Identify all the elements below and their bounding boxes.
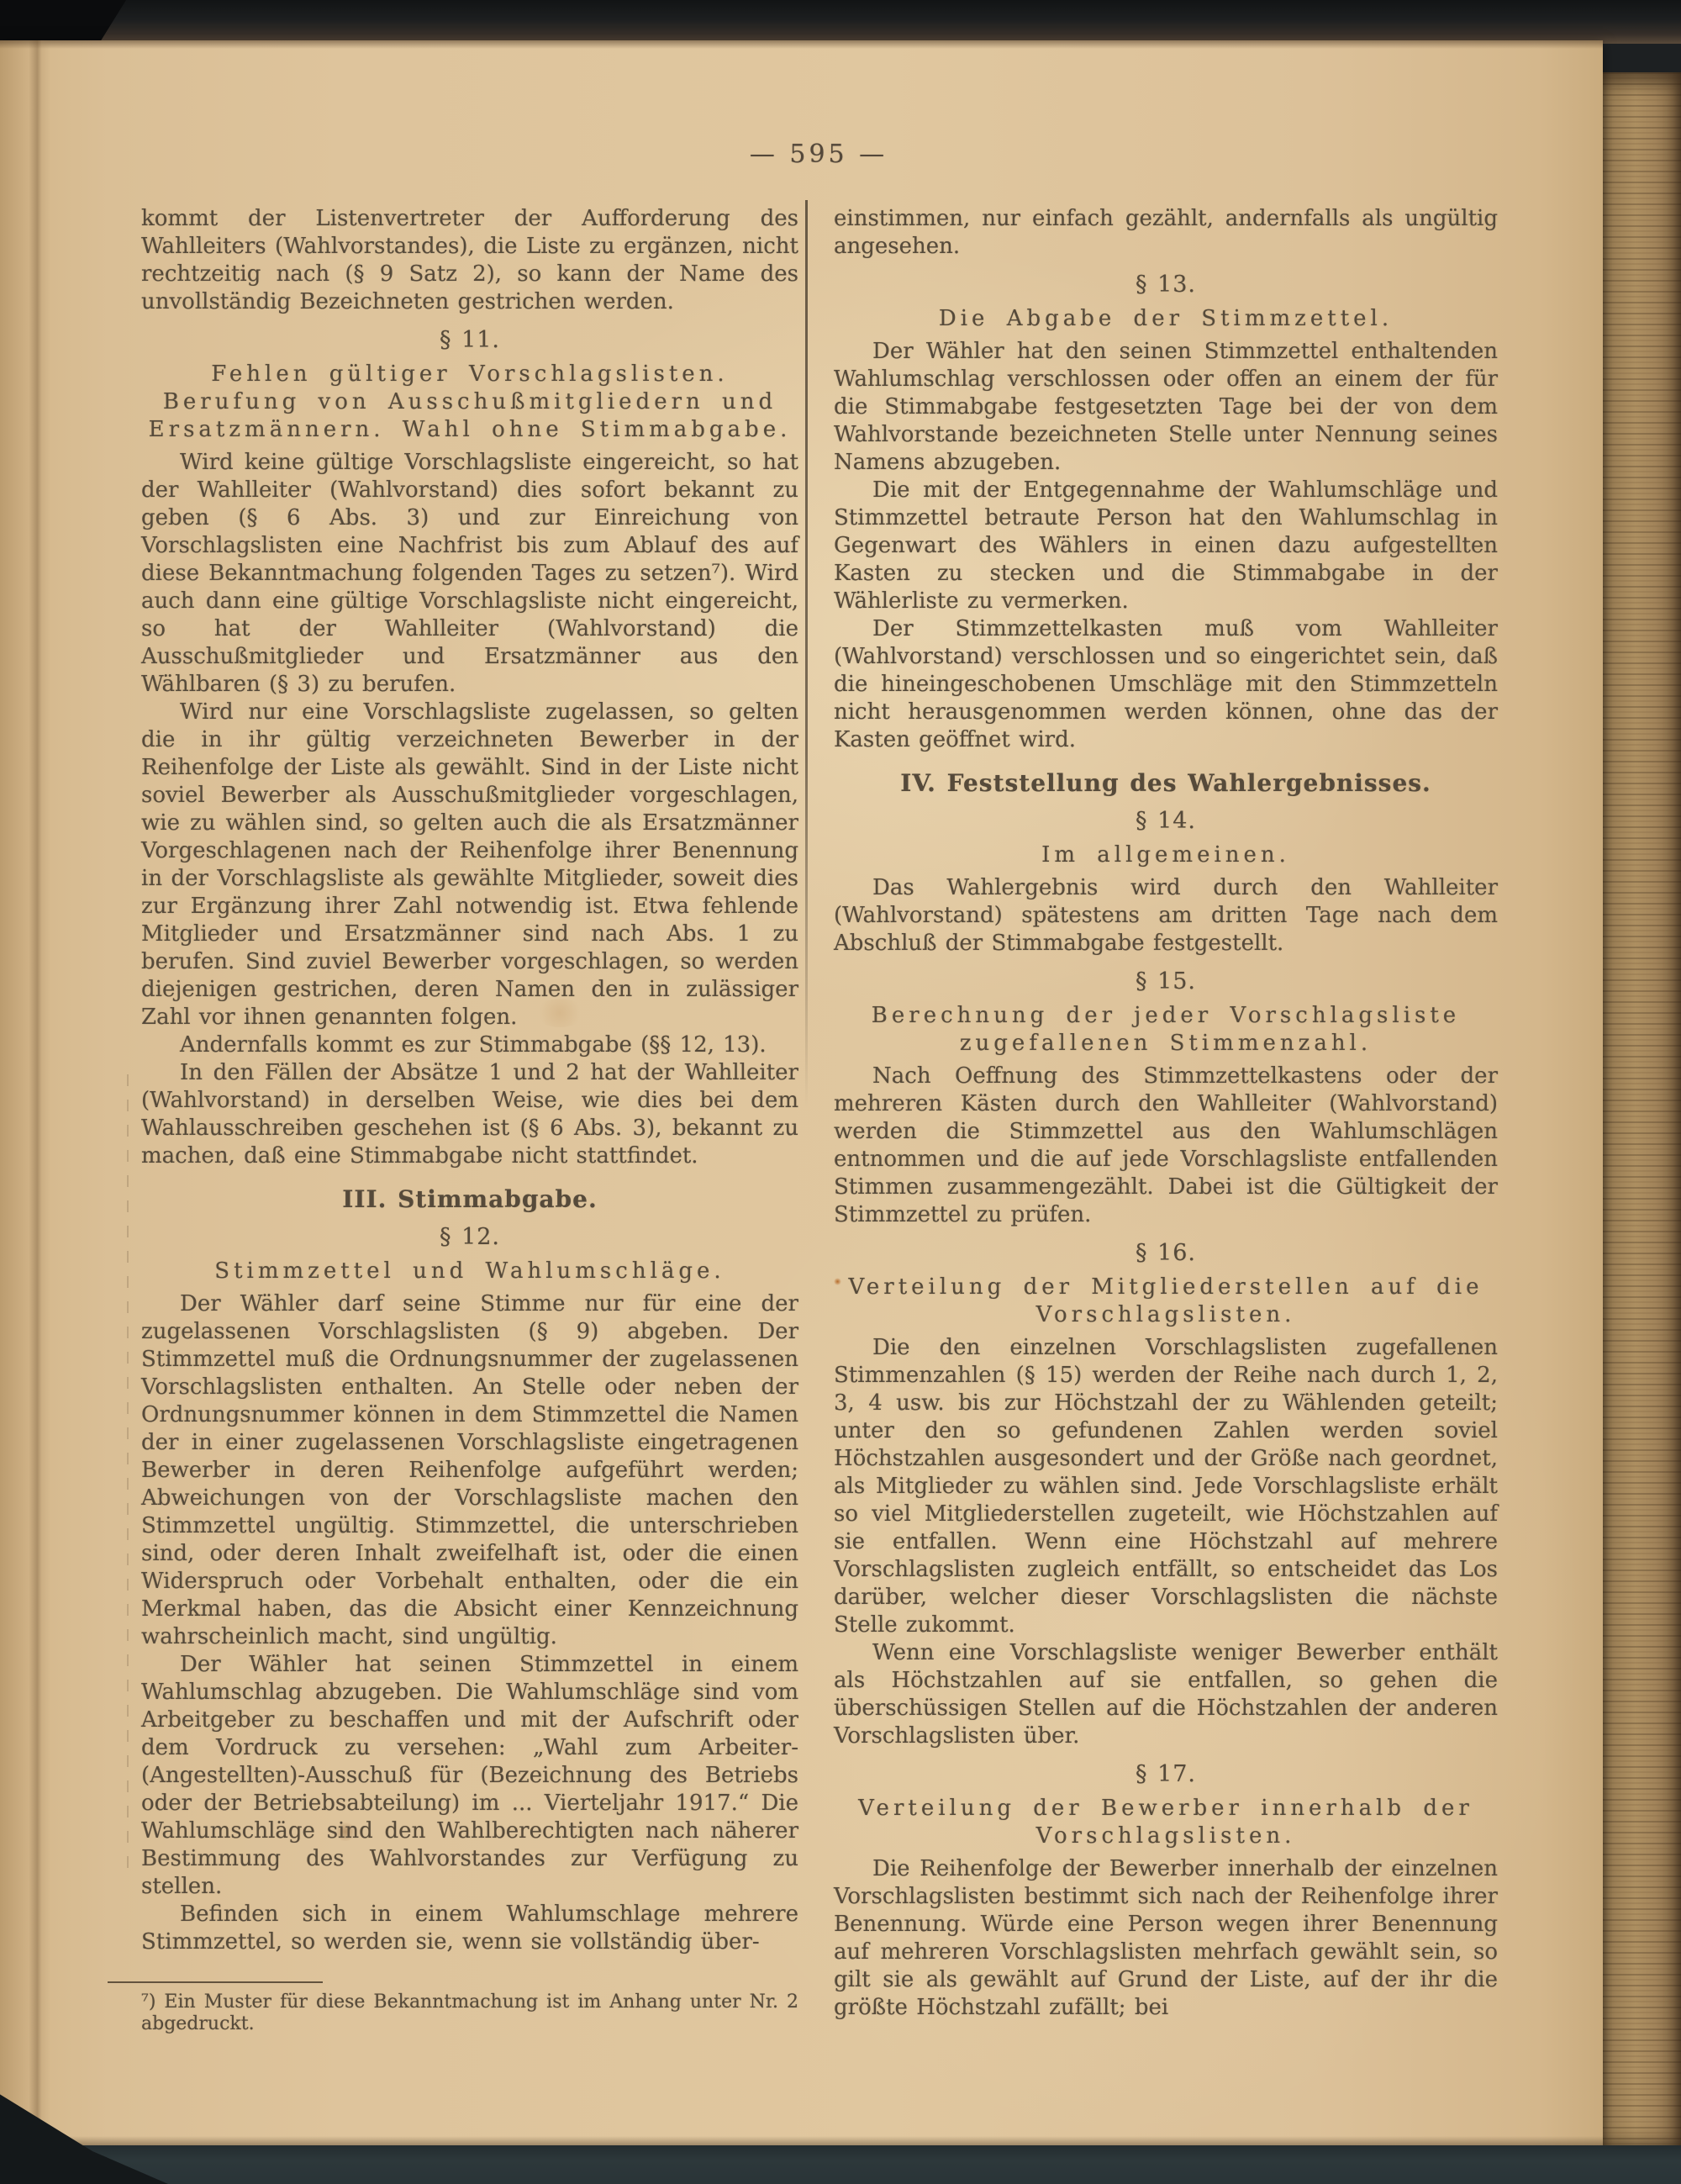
section-number: § 16. [834,1239,1498,1267]
paper-fold-line [127,1074,129,1873]
article-heading: Stimmzettel und Wahlumschläge. [141,1258,798,1285]
section-number: § 14. [834,807,1498,835]
section-number: § 17. [834,1760,1498,1788]
book-scan-scene: — 595 — kommt der Listenvertreter der Au… [0,0,1681,2184]
paragraph: Die Reihenfolge der Bewerber innerhalb d… [834,1855,1498,2022]
column-right: einstimmen, nur einfach gezählt, andernf… [834,205,1498,2022]
article-heading: Verteilung der Bewerber innerhalb der Vo… [834,1795,1498,1850]
paragraph: Der Wähler hat den seinen Stimmzettel en… [834,338,1498,477]
paragraph: Nach Oeffnung des Stimmzettelkastens ode… [834,1063,1498,1229]
section-number: § 15. [834,968,1498,995]
paragraph: Die mit der Entgegennahme der Wahlumschl… [834,477,1498,615]
article-heading: Die Abgabe der Stimmzettel. [834,305,1498,333]
paragraph: Die den einzelnen Vorschlagslisten zugef… [834,1334,1498,1639]
paragraph: Wird keine gültige Vorschlagsliste einge… [141,449,798,699]
article-heading: Im allgemeinen. [834,841,1498,869]
paragraph: Der Wähler hat seinen Stimmzettel in ein… [141,1651,798,1901]
paragraph: Der Stimmzettelkasten muß vom Wahlleiter… [834,615,1498,754]
column-left: kommt der Listenvertreter der Aufforderu… [141,205,798,2035]
section-number: § 12. [141,1223,798,1251]
gutter-crease [29,40,50,2146]
book-page: — 595 — kommt der Listenvertreter der Au… [0,40,1603,2146]
footnote: ⁷) Ein Muster für diese Bekanntmachung i… [141,1981,798,2035]
column-divider [805,200,808,1108]
paragraph: Wenn eine Vorschlagsliste weniger Bewerb… [834,1639,1498,1750]
section-number: § 11. [141,326,798,354]
paragraph-continuation: einstimmen, nur einfach gezählt, andernf… [834,205,1498,261]
book-page-edges [1594,72,1681,2155]
paragraph: Befinden sich in einem Wahlumschlage meh… [141,1901,798,1956]
section-number: § 13. [834,271,1498,298]
chapter-heading: IV. Feststellung des Wahlergebnisses. [834,769,1498,797]
paragraph: Der Wähler darf seine Stimme nur für ein… [141,1290,798,1651]
paragraph-continuation: kommt der Listenvertreter der Aufforderu… [141,205,798,316]
article-heading: Verteilung der Mitgliederstellen auf die… [834,1274,1498,1329]
paragraph: Wird nur eine Vorschlagsliste zugelassen… [141,699,798,1031]
paragraph: Das Wahlergebnis wird durch den Wahlleit… [834,874,1498,957]
page-number: — 595 — [141,140,1496,169]
article-heading: Fehlen gültiger Vorschlagslisten. Berufu… [141,361,798,444]
chapter-heading: III. Stimmabgabe. [141,1185,798,1213]
article-heading: Berechnung der jeder Vorschlagsliste zug… [834,1002,1498,1058]
paragraph: In den Fällen der Absätze 1 und 2 hat de… [141,1059,798,1170]
background-top [0,0,1681,44]
paragraph: Andernfalls kommt es zur Stimmabgabe (§§… [141,1031,798,1059]
background-bottom [0,2145,1681,2184]
